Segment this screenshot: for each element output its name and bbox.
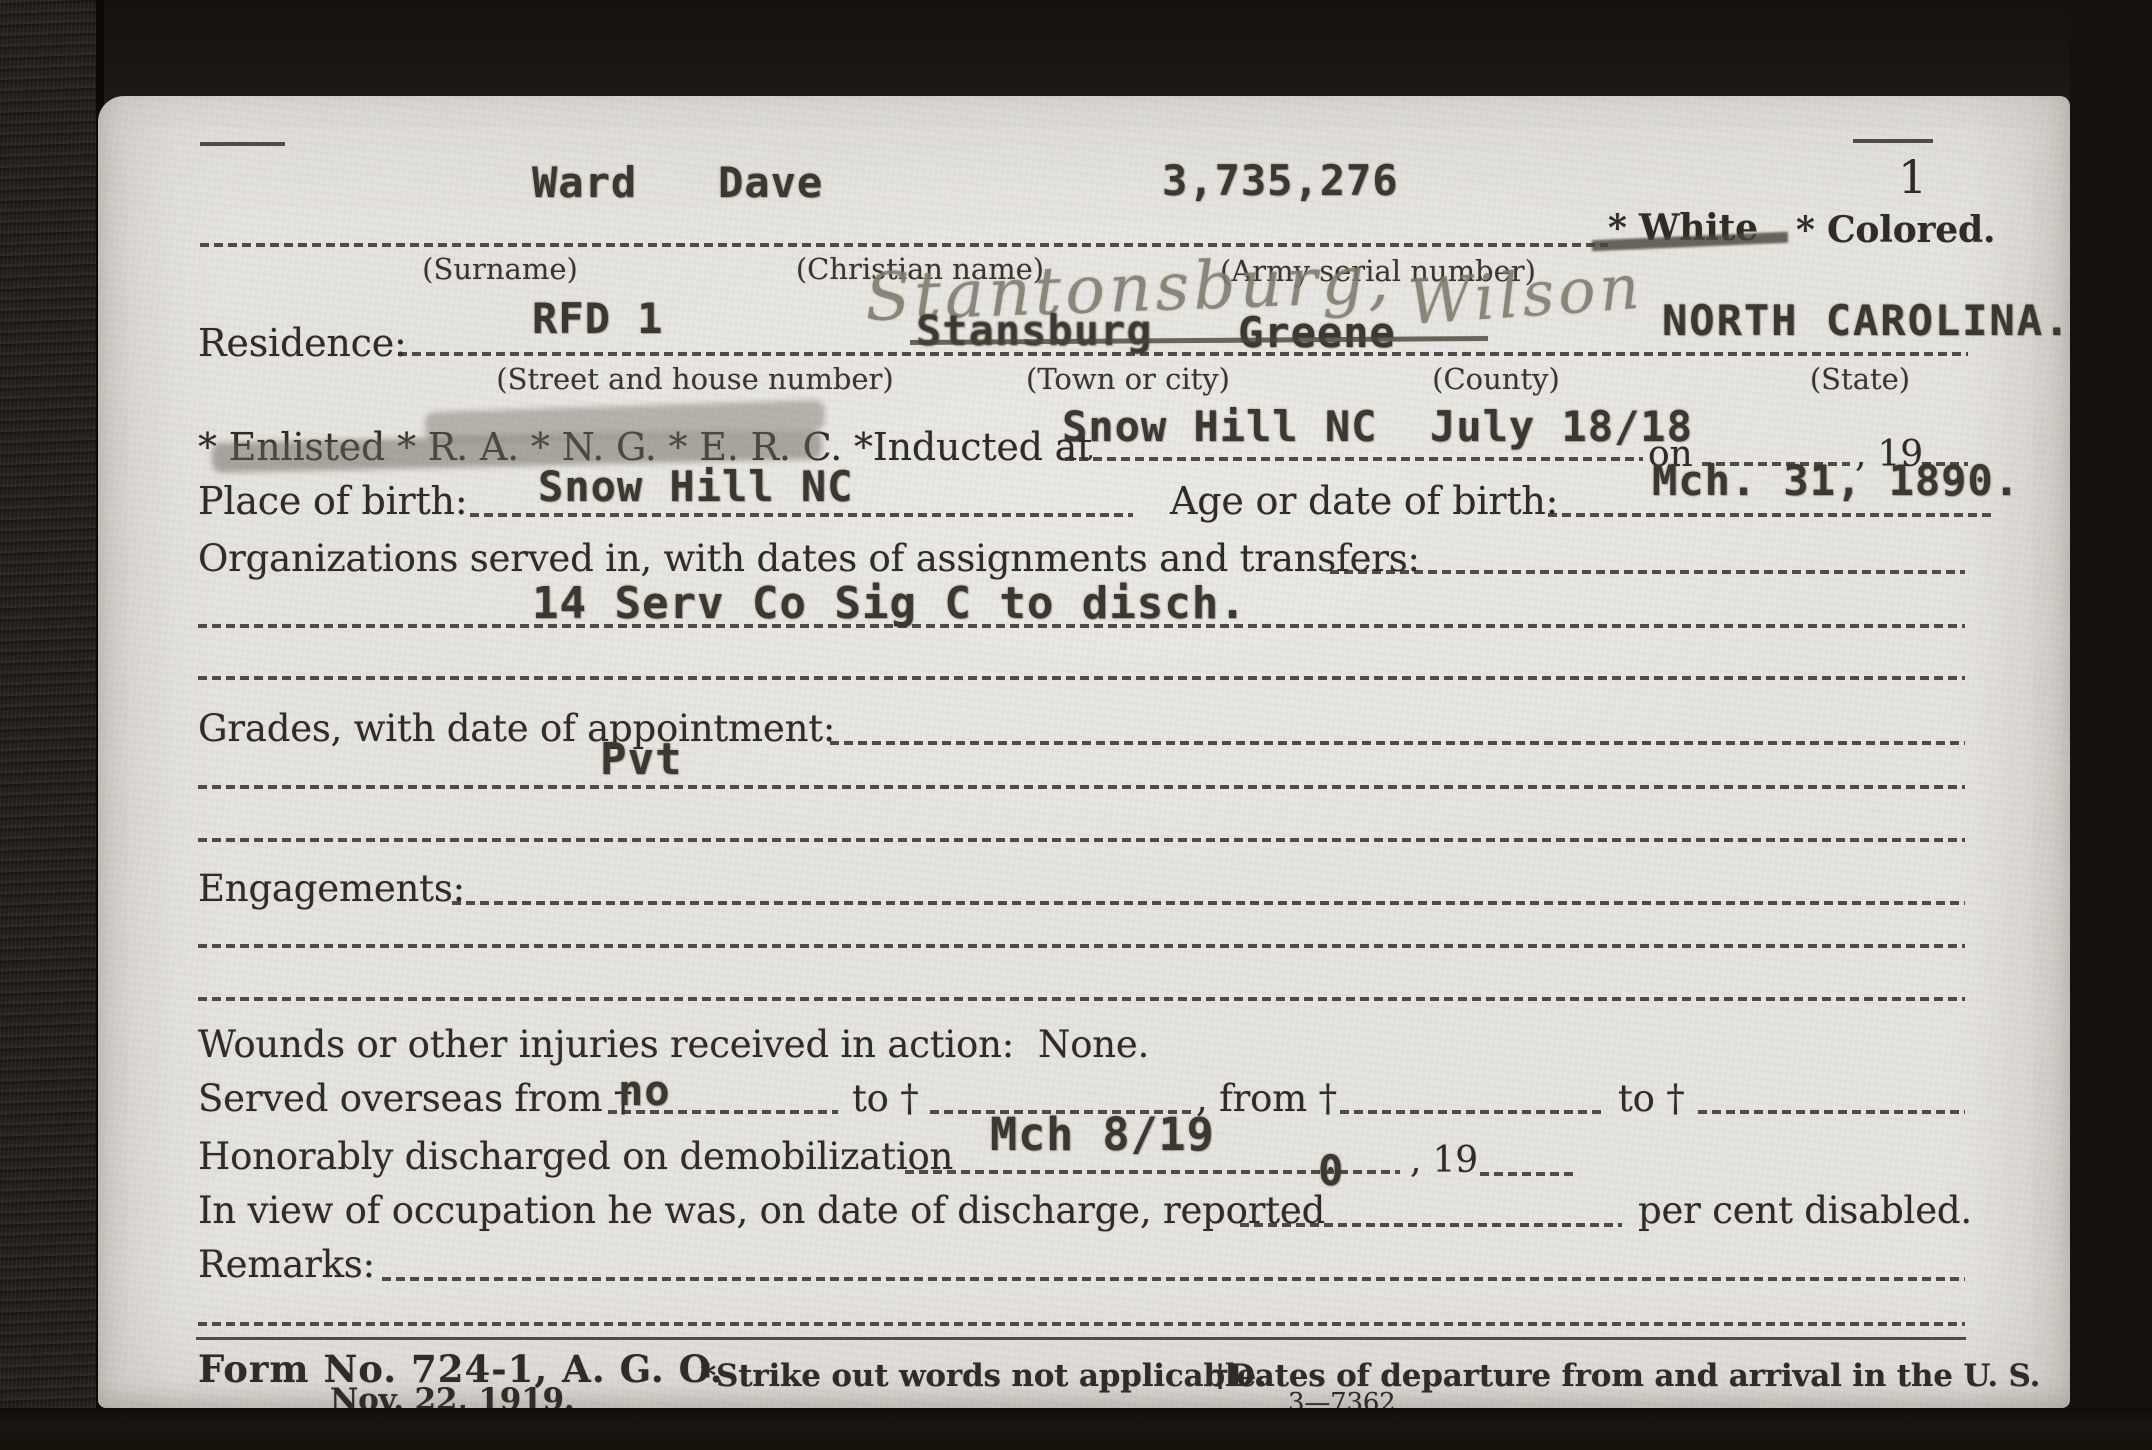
- residence-rule: [398, 352, 1968, 356]
- overseas-from-label: Served overseas from †: [198, 1080, 632, 1119]
- wounds-line: Wounds or other injuries received in act…: [198, 1026, 1149, 1065]
- organizations-value: 14 Serv Co Sig C to disch.: [532, 582, 1247, 626]
- engagements-label: Engagements:: [198, 870, 465, 909]
- grades-value: Pvt: [600, 738, 682, 782]
- state-value: NORTH CAROLINA.: [1662, 300, 2071, 342]
- scanned-card-scene: 1 Ward Dave 3,735,276 * White * Colored.…: [0, 0, 2152, 1450]
- overseas-to2-label: to †: [1618, 1080, 1685, 1119]
- organizations-rule-inline: [1330, 570, 1965, 574]
- remarks-label: Remarks:: [198, 1246, 375, 1285]
- disability-rule: [1240, 1223, 1622, 1227]
- name-row-rule: [200, 243, 1608, 247]
- overseas-from-value: no: [618, 1070, 671, 1112]
- grades-label: Grades, with date of appointment:: [198, 710, 835, 749]
- date-of-birth-label: Age or date of birth:: [1170, 482, 1558, 522]
- bottom-rule-solid: [196, 1337, 1966, 1340]
- inducted-at-value: Snow Hill NC July 18/18: [1062, 406, 1693, 448]
- scan-right-margin: [2070, 0, 2152, 1450]
- discharge-stray-zero: 0: [1318, 1150, 1344, 1192]
- place-of-birth-value: Snow Hill NC: [538, 466, 853, 508]
- surname-value: Ward: [532, 162, 637, 204]
- engagements-rule-2: [198, 997, 1965, 1001]
- grades-rule-inline: [830, 741, 1965, 745]
- overseas-to-label: to †: [852, 1080, 919, 1119]
- county-typed-value: Greene: [1238, 312, 1396, 354]
- christian-name-value: Dave: [718, 162, 823, 204]
- remarks-rule: [382, 1277, 1965, 1281]
- overseas-rule-4: [1698, 1110, 1965, 1114]
- scan-bottom-margin: [0, 1408, 2152, 1450]
- discharge-year-rule: [1480, 1172, 1575, 1176]
- organizations-label: Organizations served in, with dates of a…: [198, 540, 1420, 579]
- organizations-rule-2: [198, 676, 1965, 680]
- residence-label: Residence:: [198, 324, 407, 364]
- inducted-at-rule: [1065, 457, 1643, 461]
- engagements-rule-inline: [452, 901, 1965, 905]
- place-of-birth-label: Place of birth:: [198, 482, 467, 522]
- wounds-label: Wounds or other injuries received in act…: [198, 1023, 1014, 1066]
- discharge-label: Honorably discharged on demobilization: [198, 1138, 953, 1177]
- street-value: RFD 1: [532, 298, 663, 340]
- surname-label: (Surname): [422, 252, 578, 286]
- street-label: (Street and house number): [496, 362, 893, 396]
- date-of-birth-rule: [1548, 513, 1993, 517]
- state-label: (State): [1810, 362, 1910, 396]
- place-of-birth-rule: [470, 513, 1133, 517]
- date-of-birth-value: Mch. 31, 1890.: [1652, 460, 2020, 502]
- top-left-tick: [200, 142, 285, 146]
- county-label: (County): [1432, 362, 1560, 396]
- wounds-value: None.: [1038, 1023, 1149, 1066]
- town-label: (Town or city): [1026, 362, 1230, 396]
- bottom-rule-dashed: [198, 1322, 1965, 1326]
- engagements-rule-1: [198, 944, 1965, 948]
- top-right-tick: [1853, 139, 1933, 143]
- footnote-strike-out: *Strike out words not applicable.: [700, 1360, 1267, 1393]
- race-option-colored: * Colored.: [1796, 212, 1995, 250]
- page-number: 1: [1898, 150, 1927, 204]
- disability-suffix: per cent disabled.: [1638, 1192, 1972, 1231]
- book-spine-edge: [0, 0, 104, 1450]
- serial-number-value: 3,735,276: [1162, 160, 1399, 202]
- discharge-date-value: Mch 8/19: [990, 1112, 1215, 1157]
- discharge-year-label: , 19: [1410, 1142, 1478, 1180]
- town-typed-value: Stansburg: [916, 310, 1153, 352]
- overseas-from2-label: , from †: [1196, 1080, 1337, 1119]
- disability-label: In view of occupation he was, on date of…: [198, 1192, 1325, 1231]
- overseas-rule-3: [1340, 1110, 1602, 1114]
- grades-rule-1: [198, 785, 1965, 789]
- grades-rule-2: [198, 838, 1965, 842]
